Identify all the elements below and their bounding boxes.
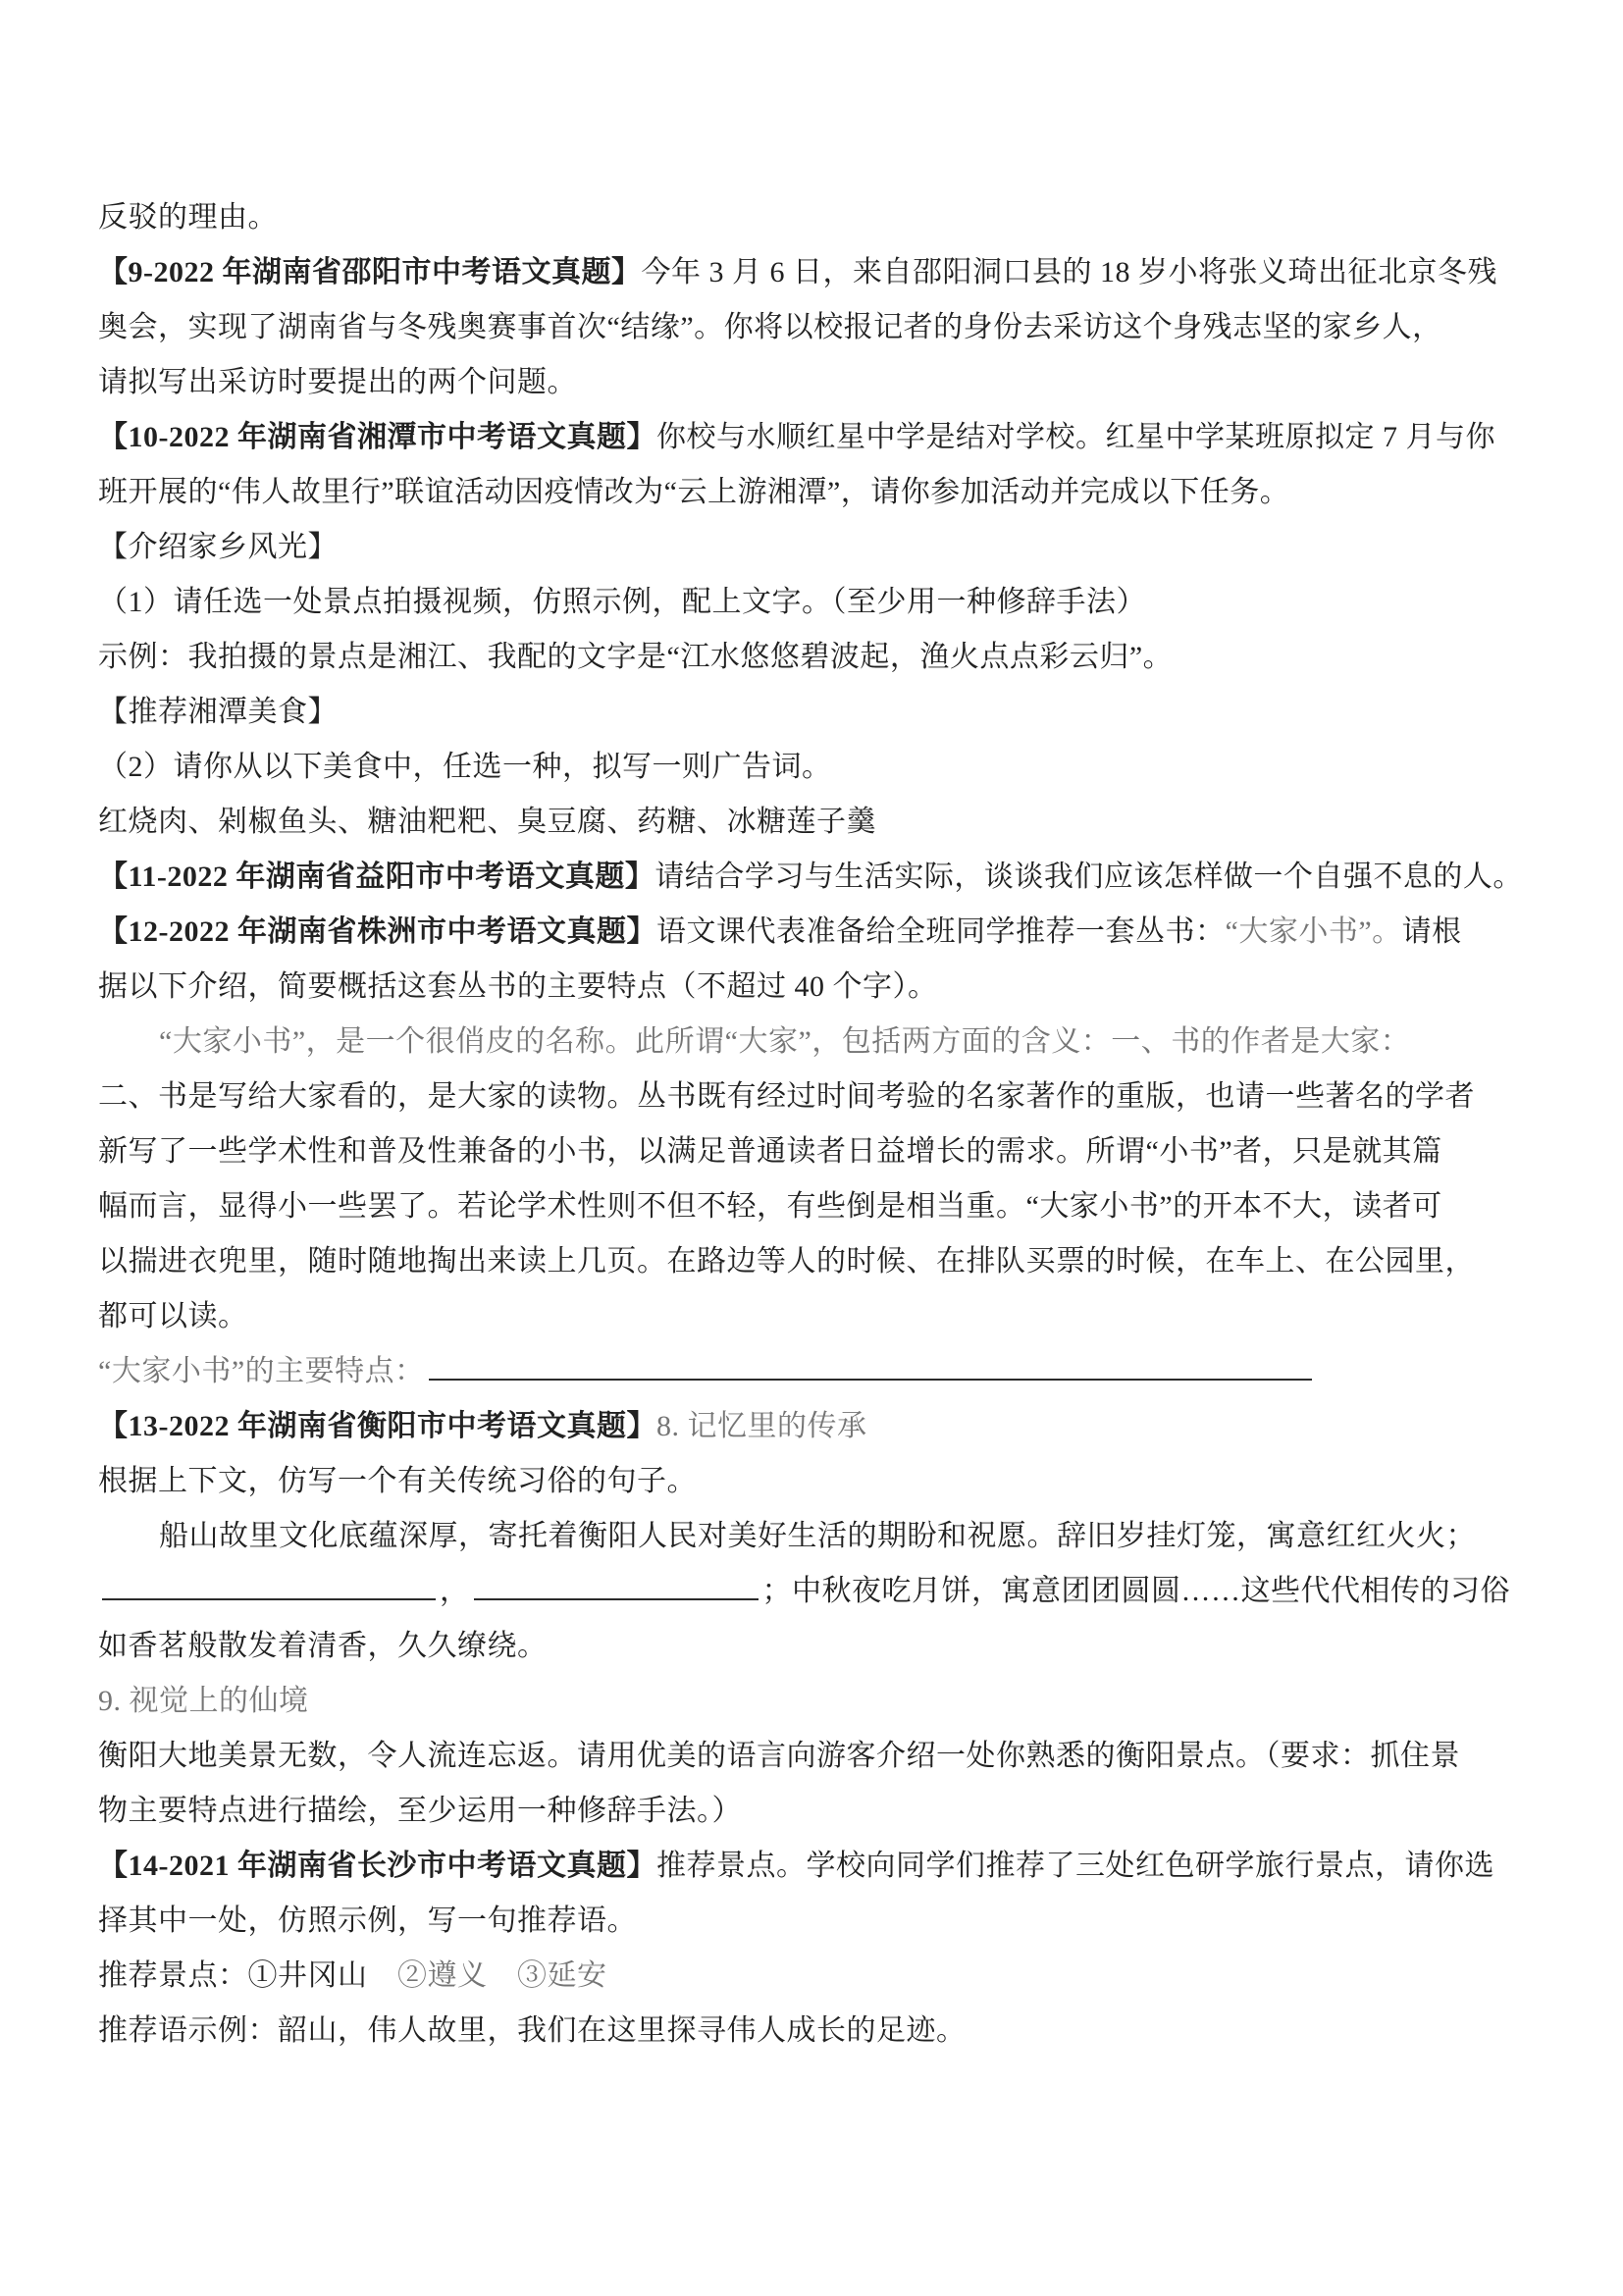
- text-run: 8. 记忆里的传承: [656, 1410, 867, 1442]
- question-header: 【10-2022 年湖南省湘潭市中考语文真题】: [98, 421, 656, 453]
- answer-blank: [474, 1569, 759, 1600]
- answer-blank: [102, 1569, 436, 1600]
- text-run: ；中秋夜吃月饼，寓意团团圆圆……这些代代相传的习俗: [762, 1575, 1511, 1607]
- text-run: 9. 视觉上的仙境: [98, 1685, 309, 1717]
- answer-blank: [429, 1349, 1312, 1381]
- text-line: 示例：我拍摄的景点是湘江、我配的文字是“江水悠悠碧波起，渔火点点彩云归”。: [98, 630, 1535, 685]
- text-run: 根据上下文，仿写一个有关传统习俗的句子。: [98, 1465, 697, 1497]
- text-line: 红烧肉、剁椒鱼头、糖油粑粑、臭豆腐、药糖、冰糖莲子羹: [98, 795, 1535, 850]
- text-line: 二、书是写给大家看的，是大家的读物。丛书既有经过时间考验的名家著作的重版，也请一…: [98, 1070, 1535, 1124]
- text-line: 【推荐湘潭美食】: [98, 685, 1535, 740]
- text-run: 红烧肉、剁椒鱼头、糖油粑粑、臭豆腐、药糖、冰糖莲子羹: [98, 806, 876, 838]
- text-run: ，: [440, 1575, 470, 1607]
- text-line: 物主要特点进行描绘，至少运用一种修辞手法。）: [98, 1784, 1535, 1839]
- text-line: 根据上下文，仿写一个有关传统习俗的句子。: [98, 1454, 1535, 1509]
- text-run: “大家小书”。: [1226, 915, 1402, 948]
- text-line: 推荐景点：①井冈山 ②遵义 ③延安: [98, 1949, 1535, 2004]
- text-line: 衡阳大地美景无数，令人流连忘返。请用优美的语言向游客介绍一处你熟悉的衡阳景点。（…: [98, 1729, 1535, 1784]
- text-line: 班开展的“伟人故里行”联谊活动因疫情改为“云上游湘潭”，请你参加活动并完成以下任…: [98, 465, 1535, 520]
- text-line: 【12-2022 年湖南省株洲市中考语文真题】语文课代表准备给全班同学推荐一套丛…: [98, 905, 1535, 960]
- text-run: 二、书是写给大家看的，是大家的读物。丛书既有经过时间考验的名家著作的重版，也请一…: [98, 1080, 1475, 1113]
- text-run: “大家小书”的主要特点：: [98, 1355, 425, 1387]
- text-run: 今年 3 月 6 日，来自邵阳洞口县的 18 岁小将张义琦出征北京冬残: [642, 256, 1498, 288]
- text-run: 反驳的理由。: [98, 201, 278, 234]
- text-run: 请结合学习与生活实际，谈谈我们应该怎样做一个自强不息的人。: [654, 861, 1523, 893]
- text-run: “大家小书”，是一个很俏皮的名称。此所谓“大家”，包括两方面的含义：一、书的作者…: [159, 1025, 1410, 1058]
- text-run: 择其中一处，仿照示例，写一句推荐语。: [98, 1905, 637, 1937]
- text-run: （1）请任选一处景点拍摄视频，仿照示例，配上文字。（至少用一种修辞手法）: [98, 586, 1146, 618]
- text-run: 如香茗般散发着清香，久久缭绕。: [98, 1630, 548, 1662]
- text-run: 新写了一些学术性和普及性兼备的小书，以满足普通读者日益增长的需求。所谓“小书”者…: [98, 1135, 1442, 1168]
- text-run: 【推荐湘潭美食】: [98, 696, 338, 728]
- text-line: 【9-2022 年湖南省邵阳市中考语文真题】今年 3 月 6 日，来自邵阳洞口县…: [98, 245, 1535, 300]
- text-run: 幅而言，显得小一些罢了。若论学术性则不但不轻，有些倒是相当重。“大家小书”的开本…: [98, 1190, 1442, 1223]
- text-run: 以揣进衣兜里，随时随地掏出来读上几页。在路边等人的时候、在排队买票的时候，在车上…: [98, 1245, 1475, 1278]
- text-run: 推荐语示例：韶山，伟人故里，我们在这里探寻伟人成长的足迹。: [98, 2014, 967, 2047]
- text-line: ，；中秋夜吃月饼，寓意团团圆圆……这些代代相传的习俗: [98, 1564, 1535, 1619]
- text-line: 推荐语示例：韶山，伟人故里，我们在这里探寻伟人成长的足迹。: [98, 2004, 1535, 2059]
- text-run: 船山故里文化底蕴深厚，寄托着衡阳人民对美好生活的期盼和祝愿。辞旧岁挂灯笼，寓意红…: [159, 1520, 1476, 1552]
- question-header: 【9-2022 年湖南省邵阳市中考语文真题】: [98, 256, 642, 288]
- text-line: 如香茗般散发着清香，久久缭绕。: [98, 1619, 1535, 1674]
- text-run: 你校与水顺红星中学是结对学校。红星中学某班原拟定 7 月与你: [656, 421, 1495, 453]
- text-line: “大家小书”的主要特点：: [98, 1344, 1535, 1399]
- text-line: （2）请你从以下美食中，任选一种，拟写一则广告词。: [98, 740, 1535, 795]
- text-line: 择其中一处，仿照示例，写一句推荐语。: [98, 1894, 1535, 1949]
- text-line: 以揣进衣兜里，随时随地掏出来读上几页。在路边等人的时候、在排队买票的时候，在车上…: [98, 1234, 1535, 1289]
- text-run: 语文课代表准备给全班同学推荐一套丛书：: [656, 915, 1226, 948]
- text-run: 奥会，实现了湖南省与冬残奥赛事首次“结缘”。你将以校报记者的身份去采访这个身残志…: [98, 311, 1442, 343]
- text-line: 反驳的理由。: [98, 190, 1535, 245]
- text-line: 请拟写出采访时要提出的两个问题。: [98, 355, 1535, 410]
- text-run: 都可以读。: [98, 1300, 248, 1332]
- text-run: 请拟写出采访时要提出的两个问题。: [98, 366, 577, 398]
- text-run: （2）请你从以下美食中，任选一种，拟写一则广告词。: [98, 751, 832, 783]
- text-line: 都可以读。: [98, 1289, 1535, 1344]
- text-line: 奥会，实现了湖南省与冬残奥赛事首次“结缘”。你将以校报记者的身份去采访这个身残志…: [98, 300, 1535, 355]
- text-run: 示例：我拍摄的景点是湘江、我配的文字是“江水悠悠碧波起，渔火点点彩云归”。: [98, 641, 1173, 673]
- text-line: 据以下介绍，简要概括这套丛书的主要特点（不超过 40 个字）。: [98, 960, 1535, 1015]
- text-line: 船山故里文化底蕴深厚，寄托着衡阳人民对美好生活的期盼和祝愿。辞旧岁挂灯笼，寓意红…: [98, 1509, 1535, 1564]
- text-run: 衡阳大地美景无数，令人流连忘返。请用优美的语言向游客介绍一处你熟悉的衡阳景点。（…: [98, 1740, 1460, 1772]
- text-run: ②遵义 ③延安: [397, 1959, 607, 1992]
- text-line: 9. 视觉上的仙境: [98, 1674, 1535, 1729]
- question-header: 【12-2022 年湖南省株洲市中考语文真题】: [98, 915, 656, 948]
- text-run: 推荐景点。学校向同学们推荐了三处红色研学旅行景点，请你选: [656, 1850, 1494, 1882]
- text-line: 【13-2022 年湖南省衡阳市中考语文真题】8. 记忆里的传承: [98, 1399, 1535, 1454]
- text-run: 据以下介绍，简要概括这套丛书的主要特点（不超过 40 个字）。: [98, 970, 938, 1003]
- exam-document: 反驳的理由。【9-2022 年湖南省邵阳市中考语文真题】今年 3 月 6 日，来…: [0, 0, 1623, 2059]
- question-header: 【13-2022 年湖南省衡阳市中考语文真题】: [98, 1410, 656, 1442]
- text-run: 【介绍家乡风光】: [98, 531, 338, 563]
- text-run: 班开展的“伟人故里行”联谊活动因疫情改为“云上游湘潭”，请你参加活动并完成以下任…: [98, 476, 1289, 508]
- text-run: 物主要特点进行描绘，至少运用一种修辞手法。）: [98, 1795, 742, 1827]
- text-line: 【10-2022 年湖南省湘潭市中考语文真题】你校与水顺红星中学是结对学校。红星…: [98, 410, 1535, 465]
- question-header: 【14-2021 年湖南省长沙市中考语文真题】: [98, 1850, 656, 1882]
- text-line: “大家小书”，是一个很俏皮的名称。此所谓“大家”，包括两方面的含义：一、书的作者…: [98, 1015, 1535, 1070]
- text-run: 推荐景点：①井冈山: [98, 1959, 397, 1992]
- text-line: 【14-2021 年湖南省长沙市中考语文真题】推荐景点。学校向同学们推荐了三处红…: [98, 1839, 1535, 1894]
- text-line: 【11-2022 年湖南省益阳市中考语文真题】请结合学习与生活实际，谈谈我们应该…: [98, 850, 1535, 905]
- text-line: （1）请任选一处景点拍摄视频，仿照示例，配上文字。（至少用一种修辞手法）: [98, 575, 1535, 630]
- text-line: 新写了一些学术性和普及性兼备的小书，以满足普通读者日益增长的需求。所谓“小书”者…: [98, 1124, 1535, 1179]
- question-header: 【11-2022 年湖南省益阳市中考语文真题】: [98, 861, 654, 893]
- text-line: 【介绍家乡风光】: [98, 520, 1535, 575]
- text-run: 请根: [1402, 915, 1462, 948]
- text-line: 幅而言，显得小一些罢了。若论学术性则不但不轻，有些倒是相当重。“大家小书”的开本…: [98, 1179, 1535, 1234]
